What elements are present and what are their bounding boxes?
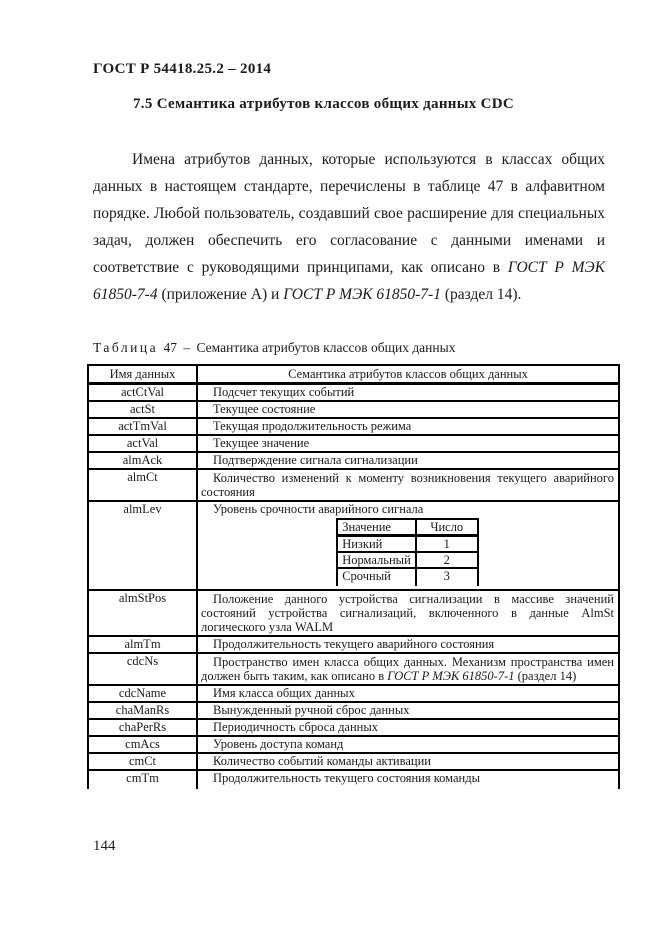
attribute-name-cell: chaPerRs [88, 719, 197, 736]
semantics-cell: Текущее значение [197, 435, 619, 452]
standard-reference: ГОСТ Р МЭК 61850-7-1 [283, 286, 441, 303]
subtable-value-cell: Нормальный [337, 552, 416, 568]
semantics-cell: Текущая продолжительность режима [197, 418, 619, 435]
semantics-cell: Положение данного устройства сигнализаци… [197, 590, 619, 636]
semantics-text: Уровень доступа команд [201, 738, 614, 751]
attribute-name-cell: actCtVal [88, 384, 197, 402]
table-row: cdcNsПространство имен класса общих данн… [88, 653, 619, 685]
table-body: actCtValПодсчет текущих событийactStТеку… [88, 384, 619, 790]
semantics-text: Уровень срочности аварийного сигнала [201, 503, 614, 516]
table-caption-number: 47 [164, 340, 178, 355]
semantics-cell: Подсчет текущих событий [197, 384, 619, 402]
standard-code: ГОСТ Р 54418.25.2 – 2014 [93, 61, 271, 78]
attribute-name-cell: actVal [88, 435, 197, 452]
intro-paragraph: Имена атрибутов данных, которые использу… [93, 146, 605, 308]
column-header: Семантика атрибутов классов общих данных [197, 365, 619, 384]
semantics-cell: Имя класса общих данных [197, 685, 619, 702]
subtable-row: Срочный3 [337, 568, 478, 586]
attribute-name-cell: actSt [88, 401, 197, 418]
semantics-cell: Вынужденный ручной сброс данных [197, 702, 619, 719]
table-row: chaPerRsПериодичность сброса данных [88, 719, 619, 736]
table-row: almCtКоличество изменений к моменту возн… [88, 469, 619, 501]
table-row: cmTmПродолжительность текущего состояния… [88, 770, 619, 789]
attribute-name-cell: chaManRs [88, 702, 197, 719]
table-caption-title: Семантика атрибутов классов общих данных [197, 340, 456, 355]
subtable-column-header: Значение [337, 519, 416, 536]
semantics-text: Имя класса общих данных [201, 687, 614, 700]
attribute-name-cell: cmTm [88, 770, 197, 789]
subtable-value-cell: Низкий [337, 536, 416, 553]
semantics-cell: Уровень доступа команд [197, 736, 619, 753]
semantics-cell: Продолжительность текущего состояния ком… [197, 770, 619, 789]
table-row: cmAcsУровень доступа команд [88, 736, 619, 753]
table-row: actTmValТекущая продолжительность режима [88, 418, 619, 435]
semantics-cell: Уровень срочности аварийного сигналаЗнач… [197, 501, 619, 590]
attribute-name-cell: cdcNs [88, 653, 197, 685]
table-row: almLevУровень срочности аварийного сигна… [88, 501, 619, 590]
table-caption-label: Таблица [93, 340, 158, 355]
semantics-cell: Периодичность сброса данных [197, 719, 619, 736]
subtable-number-cell: 3 [416, 568, 478, 586]
subtable-header-row: ЗначениеЧисло [337, 519, 478, 536]
table-row: almStPosПоложение данного устройства сиг… [88, 590, 619, 636]
document-page: ГОСТ Р 54418.25.2 – 2014 7.5 Семантика а… [0, 0, 661, 935]
section-heading: 7.5 Семантика атрибутов классов общих да… [133, 96, 514, 113]
subtable-column-header: Число [416, 519, 478, 536]
attribute-name-cell: almAck [88, 452, 197, 469]
text-run: (раздел 14) [515, 669, 577, 683]
subtable-number-cell: 1 [416, 536, 478, 553]
attribute-name-cell: almLev [88, 501, 197, 590]
table-caption-dash: – [183, 340, 190, 355]
table-row: almAckПодтверждение сигнала сигнализации [88, 452, 619, 469]
attribute-name-cell: cmCt [88, 753, 197, 770]
attribute-name-cell: cdcName [88, 685, 197, 702]
semantics-text: Подтверждение сигнала сигнализации [201, 454, 614, 467]
page-number: 144 [93, 838, 116, 855]
semantics-cell: Пространство имен класса общих данных. М… [197, 653, 619, 685]
attribute-name-cell: almStPos [88, 590, 197, 636]
attribute-name-cell: cmAcs [88, 736, 197, 753]
semantics-cell: Текущее состояние [197, 401, 619, 418]
semantics-text: Пространство имен класса общих данных. М… [201, 655, 614, 683]
table-caption: Таблица 47 – Семантика атрибутов классов… [93, 340, 455, 356]
column-header: Имя данных [88, 365, 197, 384]
subtable-row: Нормальный2 [337, 552, 478, 568]
semantics-text: Периодичность сброса данных [201, 721, 614, 734]
text-run: (приложение А) и [158, 286, 284, 303]
semantics-text: Текущее состояние [201, 403, 614, 416]
table-row: cmCtКоличество событий команды активации [88, 753, 619, 770]
semantics-table: Имя данныхСемантика атрибутов классов об… [87, 364, 620, 789]
table-row: cdcNameИмя класса общих данных [88, 685, 619, 702]
semantics-text: Текущее значение [201, 437, 614, 450]
semantics-cell: Количество событий команды активации [197, 753, 619, 770]
subtable-value-cell: Срочный [337, 568, 416, 586]
table-header-row: Имя данныхСемантика атрибутов классов об… [88, 365, 619, 384]
subtable-row: Низкий1 [337, 536, 478, 553]
table-row: actStТекущее состояние [88, 401, 619, 418]
semantics-text: Подсчет текущих событий [201, 386, 614, 399]
attribute-name-cell: almCt [88, 469, 197, 501]
table-row: chaManRsВынужденный ручной сброс данных [88, 702, 619, 719]
table-row: actCtValПодсчет текущих событий [88, 384, 619, 402]
semantics-text: Количество изменений к моменту возникнов… [201, 471, 614, 499]
semantics-text: Положение данного устройства сигнализаци… [201, 592, 614, 634]
standard-reference: ГОСТ Р МЭК 61850-7-1 [387, 669, 514, 683]
text-run: Имена атрибутов данных, которые использу… [93, 151, 605, 276]
text-run: (раздел 14). [441, 286, 521, 303]
table-row: almTmПродолжительность текущего аварийно… [88, 636, 619, 653]
attribute-name-cell: actTmVal [88, 418, 197, 435]
attribute-name-cell: almTm [88, 636, 197, 653]
semantics-cell: Продолжительность текущего аварийного со… [197, 636, 619, 653]
table-row: actValТекущее значение [88, 435, 619, 452]
semantics-cell: Подтверждение сигнала сигнализации [197, 452, 619, 469]
semantics-text: Текущая продолжительность режима [201, 420, 614, 433]
semantics-text: Продолжительность текущего аварийного со… [201, 638, 614, 651]
semantics-cell: Количество изменений к моменту возникнов… [197, 469, 619, 501]
alarm-level-subtable: ЗначениеЧислоНизкий1Нормальный2Срочный3 [336, 518, 479, 586]
subtable-number-cell: 2 [416, 552, 478, 568]
semantics-text: Вынужденный ручной сброс данных [201, 704, 614, 717]
semantics-text: Продолжительность текущего состояния ком… [201, 772, 614, 785]
semantics-text: Количество событий команды активации [201, 755, 614, 768]
